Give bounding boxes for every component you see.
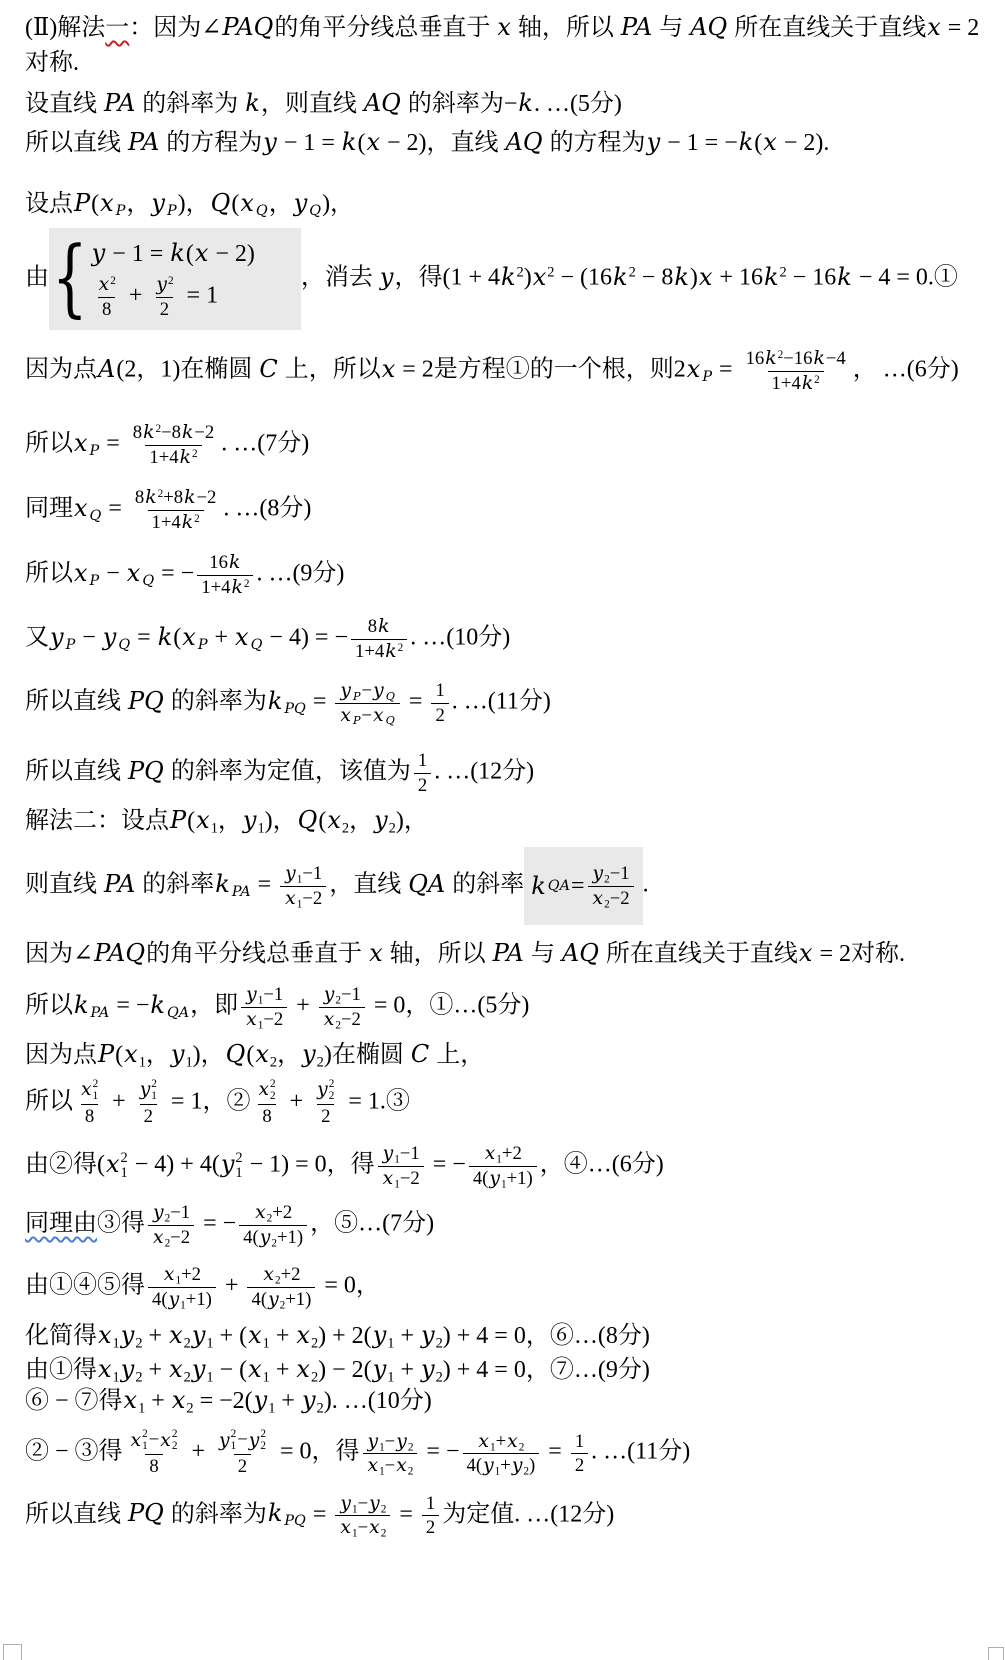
text-run: −1 (341, 984, 361, 1005)
math-variable: y (420, 1321, 436, 1349)
solution-text: (Ⅱ)解法一：因为∠PAQ的角平分线总垂直于 x 轴，所以 PA 与 AQ 所在… (0, 12, 1005, 1539)
subscript: Q (255, 203, 269, 219)
text-run: . …(8分) (223, 496, 311, 522)
superscript: 2 (814, 373, 820, 385)
math-variable: x (339, 1517, 352, 1538)
subscript: PA (90, 1005, 111, 1021)
math-variable: y (170, 1040, 186, 1068)
math-variable: x (484, 1143, 497, 1164)
subscript: 1 (113, 1336, 120, 1352)
math-variable: AQ (561, 939, 600, 967)
text-run: )， (322, 191, 354, 217)
superscript: 2 (547, 265, 554, 281)
subscript: 1 (139, 1055, 146, 1071)
text-run: ， (349, 808, 373, 834)
text-run: + (270, 1323, 296, 1349)
math-variable: k (181, 422, 194, 443)
math-variable: x (506, 1431, 519, 1452)
math-variable: y (482, 1455, 495, 1476)
fraction: x21−x228 (126, 1429, 183, 1477)
text-run: + (143, 1323, 169, 1349)
text-run: 与 (525, 941, 561, 967)
subscript: P (352, 690, 362, 703)
text-run: + (209, 625, 235, 651)
math-variable: y (316, 1079, 329, 1100)
math-variable: x (395, 1455, 408, 1476)
math-variable: y (242, 806, 258, 834)
subscript: Q (385, 714, 396, 727)
fraction: 16k2−16k−41+4k2 (742, 348, 850, 394)
text-run: = (542, 1439, 568, 1465)
math-variable: C (258, 355, 278, 383)
subscript: 2 (408, 1441, 414, 1453)
math-variable: P (169, 806, 187, 834)
text-run: −16 (783, 348, 812, 369)
text-run: ，即 (190, 993, 238, 1019)
subscript: PQ (283, 701, 306, 717)
text-run: ) + 2( (318, 1323, 372, 1349)
text-run: 2 (575, 1455, 584, 1476)
text-run: − (76, 625, 102, 651)
text-run: (Ⅱ)解法 (25, 15, 105, 41)
text-run: +2 (281, 1264, 301, 1285)
fraction: 12 (431, 680, 448, 726)
text-run: ， (269, 191, 293, 217)
math-variable: x (168, 1355, 184, 1383)
fraction: y2−1x2−2 (588, 863, 634, 909)
math-variable: y (120, 1321, 136, 1349)
math-variable: x (234, 623, 250, 651)
math-variable: x (686, 355, 702, 383)
math-variable: y (155, 274, 168, 295)
text-run: +2 (181, 1264, 201, 1285)
text-run: ， (218, 808, 242, 834)
superscript: 2 (110, 275, 116, 287)
subscript: 1 (257, 821, 264, 837)
math-variable: x (99, 189, 115, 217)
math-variable: y (301, 1386, 317, 1414)
math-variable: x (97, 1321, 113, 1349)
text-run: 所在直线关于直线 (728, 15, 926, 41)
sub-sup-stack: 22 (329, 1079, 335, 1103)
math-variable: y (366, 1431, 379, 1452)
math-variable: x (123, 1040, 139, 1068)
math-variable: x (381, 355, 397, 383)
solution-line-11: 又yP − yQ = k(xP + xQ − 4) = −8k1+4k2. …(… (25, 616, 997, 662)
text-run: 解法二：设点 (25, 808, 169, 834)
fraction: y1−y2x1−x2 (362, 1431, 417, 1477)
text-run: + (496, 1431, 507, 1452)
equation-system: {y − 1 = k(x − 2)x28 + y22 = 1 (51, 238, 255, 320)
math-variable: k (183, 487, 196, 508)
text-run: 的斜率 (136, 872, 214, 898)
text-run: = 2是方程①的一个根，则2 (396, 357, 686, 383)
text-run: 的方程为 (544, 130, 646, 156)
text-run: + (145, 1388, 171, 1414)
fraction: 16k1+4k2 (197, 552, 253, 598)
text-run: ， (126, 191, 150, 217)
math-variable: x (798, 939, 814, 967)
math-variable: x (592, 888, 605, 909)
table-corner-mark-bottom-left (3, 1644, 22, 1660)
math-variable: x (262, 1264, 275, 1285)
math-variable: PQ (127, 1499, 165, 1527)
fraction: 12 (422, 1493, 439, 1539)
solution-line-19: 所以x218 + y212 = 1，②x228 + y222 = 1.③ (25, 1079, 997, 1127)
solution-line-21: 同理由③得y2−1x2−2 = −x2+24(y2+1)，⑤…(7分) (25, 1202, 997, 1248)
math-variable: x (698, 263, 714, 291)
math-variable: x (130, 1430, 143, 1451)
text-run: = 2 (942, 15, 980, 41)
text-run: 轴，所以 (384, 941, 492, 967)
math-variable: PA (492, 939, 525, 967)
text-run: = − (197, 1211, 236, 1237)
text-run: + (143, 1357, 169, 1383)
text-run: = (252, 872, 278, 898)
superscript: 2 (244, 577, 250, 589)
math-variable: y (373, 806, 389, 834)
solution-line-18: 因为点P(x1，y1)，Q(x2，y2)在椭圆 C 上， (25, 1039, 997, 1070)
text-run: −1 (263, 984, 283, 1005)
math-variable: x (97, 1355, 113, 1383)
math-variable: PQ (127, 757, 165, 785)
math-variable: PA (103, 870, 136, 898)
sub-sup-stack: 21 (142, 1429, 148, 1453)
math-variable: x (254, 1202, 267, 1223)
math-variable: x (382, 1168, 395, 1189)
text-run: − 1) = 0，得 (244, 1152, 375, 1178)
math-variable: k (500, 263, 517, 291)
math-variable: Q (225, 1040, 247, 1068)
text-run: 8 (262, 1106, 271, 1127)
text-run: 2 (321, 1106, 330, 1127)
math-variable: y (245, 984, 258, 1005)
highlighted-formula: {y − 1 = k(x − 2)x28 + y22 = 1 (49, 228, 301, 330)
math-variable: x (323, 1009, 336, 1030)
text-run: 化简得 (25, 1323, 97, 1349)
solution-line-6: 由{y − 1 = k(x − 2)x28 + y22 = 1，消去 y，得(1… (25, 228, 997, 330)
equation-row: y − 1 = k(x − 2) (91, 238, 255, 269)
subscript: 1 (263, 1336, 270, 1352)
fraction: x2+24(y2+1) (239, 1202, 307, 1248)
text-run: 上， (430, 1042, 484, 1068)
fraction: 8k2+8k−21+4k2 (131, 487, 220, 533)
math-variable: k (530, 871, 547, 901)
text-run: 由①④⑤得 (25, 1273, 145, 1299)
text-run: +2 (272, 1202, 292, 1223)
subscript: 2 (184, 1370, 191, 1386)
math-variable: x (284, 888, 297, 909)
solution-line-12: 所以直线 PQ 的斜率为kPQ = yP−yQxP−xQ = 12. …(11分… (25, 680, 997, 726)
math-variable: k (813, 348, 826, 369)
text-run: 的斜率为 (165, 689, 267, 715)
text-run: ). …(10分) (324, 1388, 432, 1414)
math-variable: k (836, 263, 853, 291)
solution-line-13: 所以直线 PQ 的斜率为定值，该值为12. …(12分) (25, 750, 997, 796)
text-run: +8 (163, 487, 183, 508)
text-run: + (106, 1089, 132, 1115)
text-run: − (362, 705, 373, 726)
math-variable: PA (103, 89, 136, 117)
solution-line-7: 因为点A(2，1)在椭圆 C 上，所以x = 2是方程①的一个根，则2xP = … (25, 348, 997, 394)
sub-sup-stack: 21 (231, 1429, 237, 1453)
subscript: QA (166, 1005, 190, 1021)
solution-line-2: 对称. (25, 48, 997, 78)
fraction: y21−y222 (214, 1429, 271, 1477)
sub-sup-stack: 21 (121, 1151, 128, 1181)
solution-line-26: ② − ③得x21−x228 + y21−y222 = 0，得y1−y2x1−x… (25, 1429, 997, 1477)
fraction: y222 (312, 1079, 339, 1127)
text-run: )， (396, 808, 428, 834)
math-variable: x (247, 1321, 263, 1349)
text-run: − 2). (778, 130, 830, 156)
math-variable: y (420, 1355, 436, 1383)
math-variable: PQ (127, 687, 165, 715)
math-variable: y (372, 1321, 388, 1349)
text-run: 由 (25, 265, 49, 291)
math-variable: k (377, 616, 390, 637)
text-run: − ( (214, 1357, 248, 1383)
sub-sup-stack: 21 (93, 1079, 99, 1103)
math-variable: k (142, 422, 155, 443)
solution-line-15: 则直线 PA 的斜率kPA = y1−1x1−2，直线 QA 的斜率kQA = … (25, 847, 997, 925)
text-run: 轴，所以 (512, 15, 620, 41)
text-run: +1) (186, 1289, 212, 1310)
text-run: 1 (418, 750, 427, 771)
superscript: 2 (192, 447, 198, 459)
math-variable: y (262, 128, 278, 156)
text-run: 8 (85, 1106, 94, 1127)
math-variable: x (245, 1009, 258, 1030)
text-run: − 4) = − (263, 625, 348, 651)
math-variable: AQ (689, 13, 728, 41)
subscript: P (89, 443, 101, 459)
table-corner-mark-bottom-right (988, 1647, 1004, 1660)
text-run: 8 (135, 487, 144, 508)
text-run: − 4) + 4( (129, 1152, 220, 1178)
text-run: ， (146, 1042, 170, 1068)
math-variable: y (293, 189, 309, 217)
text-run: 所以 (25, 561, 73, 587)
text-run: 1 (575, 1431, 584, 1452)
math-variable: y (301, 1040, 317, 1068)
text-run: + (275, 1388, 301, 1414)
math-variable: x (126, 559, 142, 587)
text-run: − 8 (636, 265, 674, 291)
math-variable: y (150, 189, 166, 217)
text-run: + (284, 1089, 310, 1115)
text-run: . (643, 872, 649, 898)
text-run: −1 (400, 1143, 420, 1164)
text-run: = (307, 689, 333, 715)
text-run: − (385, 1431, 396, 1452)
text-run: = − (155, 561, 194, 587)
text-run: 因为点 (25, 357, 97, 383)
text-run: ， (277, 1042, 301, 1068)
text-run: +1) (507, 1168, 533, 1189)
text-run: ③得 (97, 1211, 145, 1237)
document-page: (Ⅱ)解法一：因为∠PAQ的角平分线总垂直于 x 轴，所以 PA 与 AQ 所在… (0, 0, 1005, 1660)
math-variable: y (102, 623, 118, 651)
text-run: 16 (209, 552, 228, 573)
text-run: 所以直线 (25, 759, 127, 785)
math-variable: k (612, 263, 629, 291)
subscript: Q (308, 203, 322, 219)
math-variable: C (410, 1040, 430, 1068)
solution-line-8: 所以xP = 8k2−8k−21+4k2. …(7分) (25, 422, 997, 468)
text-run: 则直线 (25, 872, 103, 898)
fraction: y2−1x2−2 (148, 1202, 194, 1248)
math-variable: x (496, 13, 512, 41)
text-run: 所在直线关于直线 (600, 941, 798, 967)
text-run: 与 (653, 15, 689, 41)
math-variable: x (339, 705, 352, 726)
math-variable: x (73, 559, 89, 587)
text-run: + (394, 1323, 420, 1349)
text-run: = 1，② (165, 1089, 251, 1115)
superscript: 2 (168, 275, 174, 287)
math-variable: y (91, 239, 107, 267)
text-run: − 16 (787, 265, 837, 291)
subscript: 2 (408, 1465, 414, 1477)
fraction: 12 (414, 750, 431, 796)
solution-line-22: 由①④⑤得x1+24(y1+1) + x2+24(y2+1) = 0， (25, 1264, 997, 1310)
text-run: + (123, 283, 149, 309)
text-run: = 0， (318, 1273, 380, 1299)
text-run: = − (420, 1439, 459, 1465)
fraction: x2+24(y2+1) (247, 1264, 315, 1310)
fraction: y1−y2x1−x2 (335, 1493, 390, 1539)
text-run: −2 (263, 1009, 283, 1030)
text-run: +1) (285, 1289, 311, 1310)
subscript: 1 (113, 1370, 120, 1386)
text-run: 4( (251, 1289, 267, 1310)
subscript: P (166, 203, 178, 219)
text-run: = (403, 689, 429, 715)
superscript: 2 (780, 265, 787, 281)
text-run: 同理由 (25, 1211, 97, 1237)
text-run: +1) (277, 1227, 303, 1248)
math-variable: y (220, 1150, 236, 1178)
text-run: = (713, 357, 739, 383)
math-variable: x (171, 1386, 187, 1414)
math-variable: k (384, 641, 397, 662)
sub-sup-stack: 21 (151, 1079, 157, 1103)
math-variable: y (395, 1431, 408, 1452)
math-variable: y (323, 984, 336, 1005)
text-run: 的斜率为 (165, 1501, 267, 1527)
subscript: 1 (263, 1370, 270, 1386)
text-run: − 2) (209, 241, 255, 267)
text-run: . …(9分) (256, 561, 344, 587)
superscript: 2 (517, 265, 524, 281)
subscript: PQ (283, 1513, 306, 1529)
math-variable: A (97, 355, 116, 383)
math-variable: x (295, 1321, 311, 1349)
solution-line-24: 由①得x1y2 + x2y1 − (x1 + x2) − 2(y1 + y2) … (25, 1354, 997, 1385)
text-run: − 2)，直线 (381, 130, 505, 156)
subscript: 2 (381, 1527, 387, 1539)
math-variable: k (228, 552, 241, 573)
text-run: + (219, 1273, 245, 1299)
text-run: . …(11分) (452, 689, 551, 715)
text-run: ) (529, 1455, 535, 1476)
math-variable: x (532, 263, 548, 291)
math-variable: y (248, 1430, 261, 1451)
math-variable: k (801, 373, 814, 394)
text-run: = (100, 431, 126, 457)
equation-row: x28 + y22 = 1 (91, 274, 218, 320)
math-variable: y (191, 1355, 207, 1383)
solution-line-25: ⑥ − ⑦得x1 + x2 = −2(y1 + y2). …(10分) (25, 1385, 997, 1416)
text-run: − (362, 680, 373, 701)
math-variable: k (341, 128, 358, 156)
fraction: 8k1+4k2 (351, 616, 407, 662)
brace-icon: { (52, 237, 88, 321)
math-variable: y (218, 1430, 231, 1451)
fraction: x228 (253, 1079, 280, 1127)
math-variable: k (267, 687, 284, 715)
fraction: y212 (135, 1079, 162, 1127)
text-run: . …(12分) (434, 759, 534, 785)
math-variable: y (372, 1355, 388, 1383)
subscript: Q (89, 508, 103, 524)
text-run: 所以直线 (25, 1501, 127, 1527)
text-run: 上，所以 (279, 357, 381, 383)
text-run: − 1 = − (661, 130, 738, 156)
math-variable: y (139, 1079, 152, 1100)
math-variable: k (738, 128, 755, 156)
math-variable: x (159, 1430, 172, 1451)
text-run: 由②得( (25, 1152, 105, 1178)
text-run: − 1 = (278, 130, 341, 156)
text-run: ，⑤…(7分) (310, 1211, 434, 1237)
text-run: −2 (341, 1009, 361, 1030)
text-run: 8 (149, 1456, 158, 1477)
text-run: − (16 (555, 265, 613, 291)
text-run: 2 (426, 1517, 435, 1538)
text-run: 的方程为 (160, 130, 262, 156)
text-run: 2 (238, 1456, 247, 1477)
text-run: 1+4 (201, 577, 230, 598)
math-variable: y (379, 263, 395, 291)
math-variable: PA (127, 128, 160, 156)
text-run: + ( (214, 1323, 248, 1349)
subscript: 2 (436, 1336, 443, 1352)
math-variable: k (157, 623, 174, 651)
text-run: −2 (400, 1168, 420, 1189)
text-run: 的斜率 (446, 872, 524, 898)
subscript: 1 (185, 1055, 192, 1071)
math-variable: y (382, 1143, 395, 1164)
text-run: 由①得 (25, 1357, 97, 1383)
subscript: P (65, 637, 77, 653)
text-run: − 4 = 0.① (853, 265, 958, 291)
text-run: 1+4 (149, 447, 178, 468)
text-run: 的斜率为− (402, 91, 518, 117)
text-run: ) + 4 = 0，⑥…(8分) (443, 1323, 650, 1349)
text-run: 8 (102, 299, 111, 320)
text-run: − (358, 1517, 369, 1538)
text-run: −2 (170, 1227, 190, 1248)
math-variable: k (169, 239, 186, 267)
fraction: y22 (151, 274, 177, 320)
math-variable: x (163, 1264, 176, 1285)
text-run: −2 (194, 422, 214, 443)
math-variable: PA (620, 13, 653, 41)
text-run: = (131, 625, 157, 651)
text-run: 又 (25, 625, 49, 651)
